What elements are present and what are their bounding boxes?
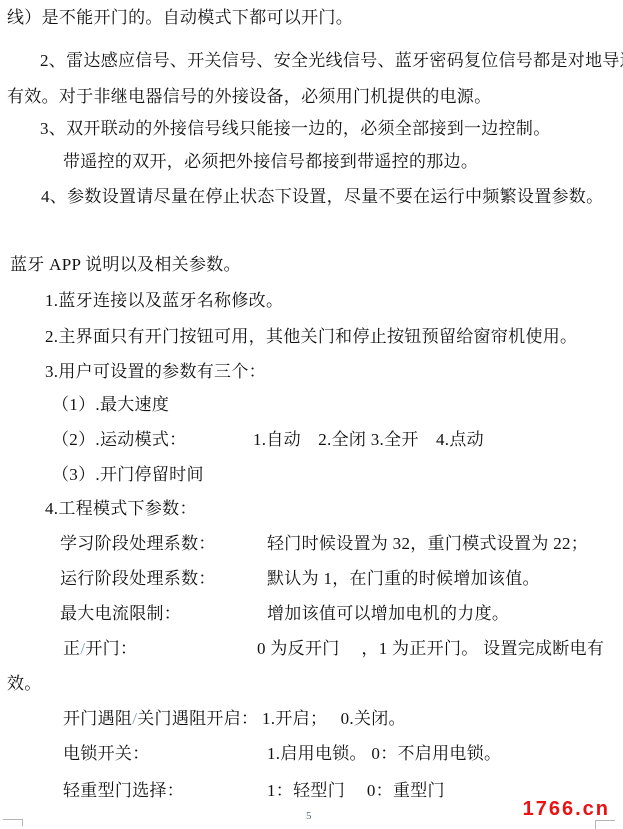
page-number: 5 [306, 810, 312, 822]
param-label-obstruction: 开门遇阻/关门遇阻开启： [63, 709, 258, 729]
param-label-max-current: 最大电流限制： [60, 604, 181, 624]
margin-corner-mark-right [595, 820, 615, 829]
continued-paragraph: 线）是不能开门的。自动模式下都可以开门。 [7, 8, 353, 28]
param-label-running-coeff: 运行阶段处理系数： [60, 569, 216, 589]
param-value-max-current: 增加该值可以增加电机的力度。 [267, 604, 509, 624]
user-param-2-label: （2）.运动模式： [52, 430, 186, 450]
watermark-1766cn: 1766.cn [523, 798, 610, 821]
note-item-2-line2: 有效。对于非继电器信号的外接设备，必须用门机提供的电源。 [7, 87, 491, 107]
bluetooth-section-title: 蓝牙 APP 说明以及相关参数。 [10, 255, 241, 275]
user-param-1: （1）.最大速度 [52, 395, 169, 415]
document-page: 线）是不能开门的。自动模式下都可以开门。 2、雷达感应信号、开关信号、安全光线信… [0, 0, 623, 829]
user-param-2-options: 1.自动 2.全闭 3.全开 4.点动 [253, 430, 484, 450]
user-param-3: （3）.开门停留时间 [52, 465, 204, 485]
param-value-door-type: 1：轻型门 0：重型门 [267, 781, 445, 801]
bluetooth-point-2: 2.主界面只有开门按钮可用，其他关门和停止按钮预留给窗帘机使用。 [45, 327, 577, 347]
bluetooth-point-1: 1.蓝牙连接以及蓝牙名称修改。 [45, 291, 283, 311]
param-value-obstruction: 1.开启； 0.关闭。 [262, 709, 406, 729]
param-label-lock-switch: 电锁开关： [63, 744, 150, 764]
note-item-3-line1: 3、双开联动的外接信号线只能接一边的，必须全部接到一边控制。 [40, 119, 551, 139]
bluetooth-point-4: 4.工程模式下参数： [45, 499, 197, 519]
param-label-learning-coeff: 学习阶段处理系数： [60, 534, 216, 554]
param-value-open-direction: 0 为反开门 ，1 为正开门。 设置完成断电有 [257, 639, 604, 659]
note-item-2-line1: 2、雷达感应信号、开关信号、安全光线信号、蓝牙密码复位信号都是对地导通 [40, 51, 623, 71]
note-item-4: 4、参数设置请尽量在停止状态下设置，尽量不要在运行中频繁设置参数。 [41, 187, 603, 207]
param-value-running-coeff: 默认为 1，在门重的时候增加该值。 [267, 569, 540, 589]
margin-corner-mark-left [3, 819, 23, 826]
param-label-open-direction: 正/开门： [63, 639, 137, 659]
param-value-learning-coeff: 轻门时候设置为 32，重门模式设置为 22； [267, 534, 588, 554]
bluetooth-point-3: 3.用户可设置的参数有三个： [45, 362, 266, 382]
param-overflow-line: 效。 [7, 674, 42, 694]
note-item-3-line2: 带遥控的双开，必须把外接信号都接到带遥控的那边。 [63, 152, 478, 172]
param-value-lock-switch: 1.启用电锁。 0：不启用电锁。 [267, 744, 501, 764]
param-label-door-type: 轻重型门选择： [63, 781, 184, 801]
